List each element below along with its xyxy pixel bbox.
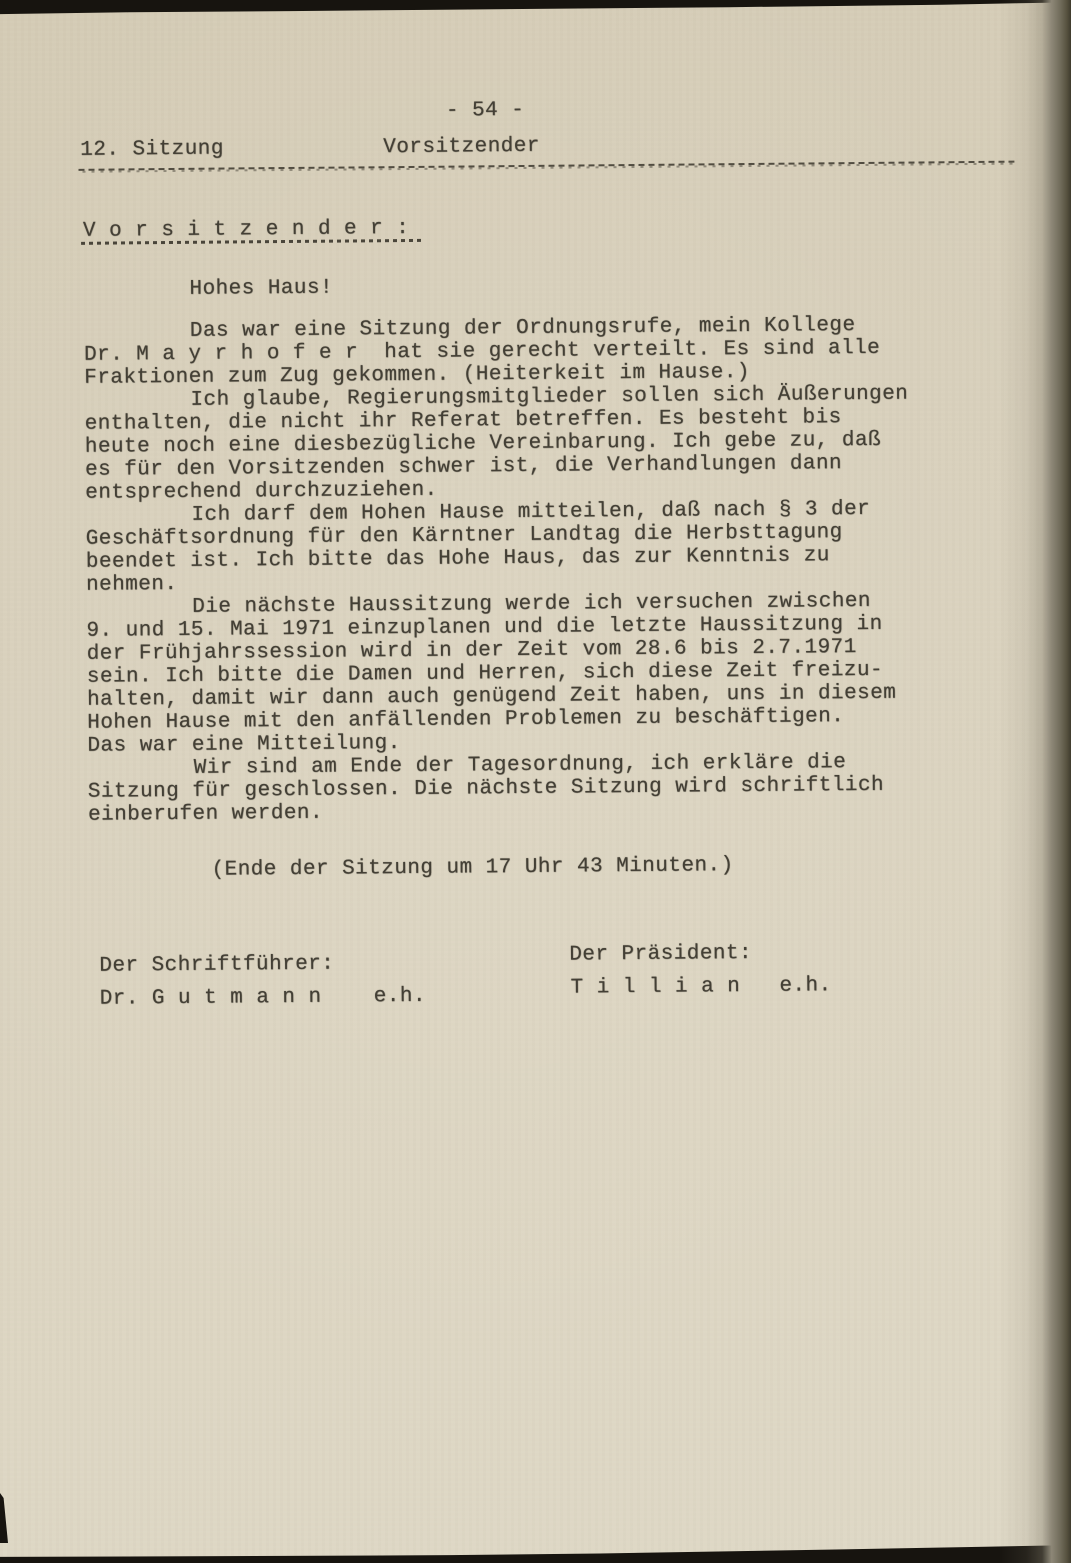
header-session-label: 12. Sitzung <box>80 138 224 162</box>
signature-secretary-role: Der Schriftführer: <box>99 953 334 978</box>
scanned-document-page: - 54 - 12. Sitzung Vorsitzender V o r s … <box>0 0 1071 1563</box>
header-dashed-rule <box>78 161 1014 173</box>
speech-body: Das war eine Sitzung der Ordnungsrufe, m… <box>84 313 968 827</box>
signature-president-role: Der Präsident: <box>569 942 752 967</box>
salutation: Hohes Haus! <box>189 277 333 301</box>
page-content: - 54 - 12. Sitzung Vorsitzender V o r s … <box>0 0 1071 1563</box>
signature-secretary-name: Dr. G u t m a n n e.h. <box>100 985 427 1011</box>
session-end-note: (Ende der Sitzung um 17 Uhr 43 Minuten.) <box>211 854 733 882</box>
scan-edge-right-shadow <box>999 0 1071 1563</box>
header-chapter-label: Vorsitzender <box>383 135 540 159</box>
signature-president-name: T i l l i a n e.h. <box>570 974 831 999</box>
scan-edge-bottom-left <box>0 1493 8 1543</box>
page-number: - 54 - <box>446 99 525 123</box>
